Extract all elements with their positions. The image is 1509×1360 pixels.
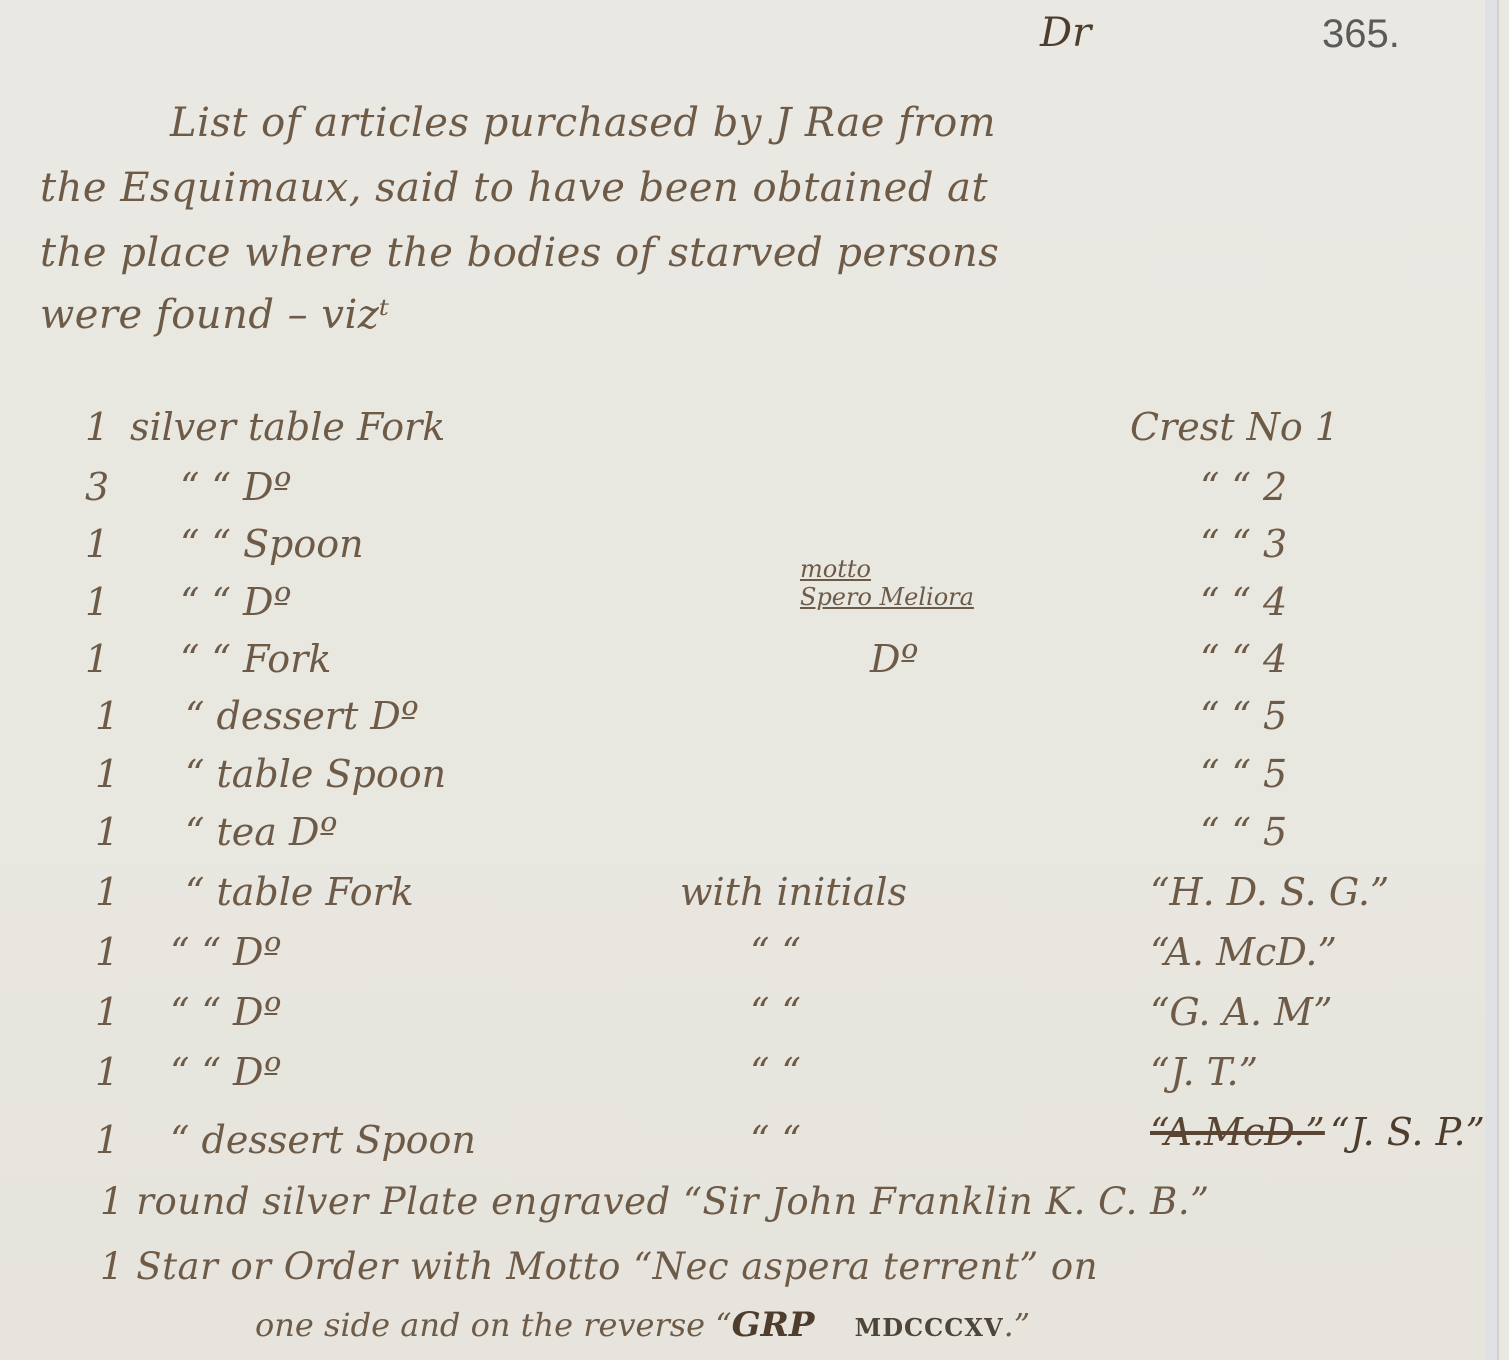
item-note: “ “ xyxy=(750,990,801,1034)
item-desc: “ “ Fork xyxy=(180,637,331,681)
item-qty: 1 xyxy=(85,522,109,566)
year-roman: MDCCCXV xyxy=(855,1313,1004,1342)
item-desc: “ tea Dº xyxy=(185,810,337,854)
item-mark: “ “ 5 xyxy=(1200,694,1287,738)
item-desc: “ “ Dº xyxy=(170,990,281,1034)
item-mark: “ “ 5 xyxy=(1200,752,1287,796)
footer-line-3: one side and on the reverse “GRP MDCCCXV… xyxy=(255,1305,1030,1345)
monogram: GRP xyxy=(732,1305,815,1345)
item-mark: “H. D. S. G.” xyxy=(1150,870,1389,914)
heading-line-2: the Esquimaux, said to have been obtaine… xyxy=(40,165,988,211)
item-note: “ “ xyxy=(750,930,801,974)
item-qty: 1 xyxy=(95,990,119,1034)
item-mark: Crest No 1 xyxy=(1130,405,1339,449)
page-number: 365. xyxy=(1322,12,1400,57)
item-qty: 1 xyxy=(95,870,119,914)
item-mark: “ “ 3 xyxy=(1200,522,1287,566)
item-mark: “G. A. M” xyxy=(1150,990,1333,1034)
item-qty: 1 xyxy=(95,752,119,796)
item-desc: “ “ Dº xyxy=(180,580,291,624)
item-desc: “ dessert Dº xyxy=(185,694,419,738)
item-qty: 1 xyxy=(85,405,109,449)
item-note: “ “ xyxy=(750,1118,801,1162)
item-qty: 3 xyxy=(85,465,109,509)
struck-mark: “A.McD.” xyxy=(1150,1110,1325,1154)
item-desc: “ “ Dº xyxy=(170,930,281,974)
item-mark: “J. T.” xyxy=(1150,1050,1258,1094)
item-desc: silver table Fork xyxy=(130,405,445,449)
item-qty: 1 xyxy=(95,1050,119,1094)
item-desc: “ “ Dº xyxy=(180,465,291,509)
footer-line-2: 1 Star or Order with Motto “Nec aspera t… xyxy=(100,1245,1098,1288)
footer-line-3-text: one side and on the reverse “ xyxy=(255,1306,732,1344)
item-mark: “J. S. P.” xyxy=(1330,1110,1485,1154)
heading-line-1: List of articles purchased by J Rae from xyxy=(170,100,996,146)
item-note: with initials xyxy=(680,870,907,914)
manuscript-page: 365. Dr List of articles purchased by J … xyxy=(0,0,1499,1360)
item-mark: “ “ 5 xyxy=(1200,810,1287,854)
item-mark: “ “ 4 xyxy=(1200,580,1287,624)
item-qty: 1 xyxy=(95,930,119,974)
footer-line-1: 1 round silver Plate engraved “Sir John … xyxy=(100,1180,1210,1223)
item-qty: 1 xyxy=(85,580,109,624)
item-mark: “ “ 2 xyxy=(1200,465,1287,509)
item-desc: “ “ Dº xyxy=(170,1050,281,1094)
item-desc: “ dessert Spoon xyxy=(170,1118,476,1162)
item-desc: “ table Spoon xyxy=(185,752,446,796)
footer-line-3-end: .” xyxy=(1004,1306,1031,1344)
item-mark: “ “ 4 xyxy=(1200,637,1287,681)
heading-line-3: the place where the bodies of starved pe… xyxy=(40,230,999,276)
item-desc: “ “ Spoon xyxy=(180,522,364,566)
item-mark: “A. McD.” xyxy=(1150,930,1337,974)
item-note: Dº xyxy=(870,637,918,681)
motto-note: mottoSpero Meliora xyxy=(800,555,974,611)
item-note: “ “ xyxy=(750,1050,801,1094)
item-qty: 1 xyxy=(95,694,119,738)
item-qty: 1 xyxy=(85,637,109,681)
page-edge xyxy=(1485,0,1497,1360)
item-desc: “ table Fork xyxy=(185,870,414,914)
item-qty: 1 xyxy=(95,1118,119,1162)
insertion-above: Dr xyxy=(1040,10,1091,56)
heading-line-4: were found – vizᵗ xyxy=(40,292,390,338)
item-qty: 1 xyxy=(95,810,119,854)
